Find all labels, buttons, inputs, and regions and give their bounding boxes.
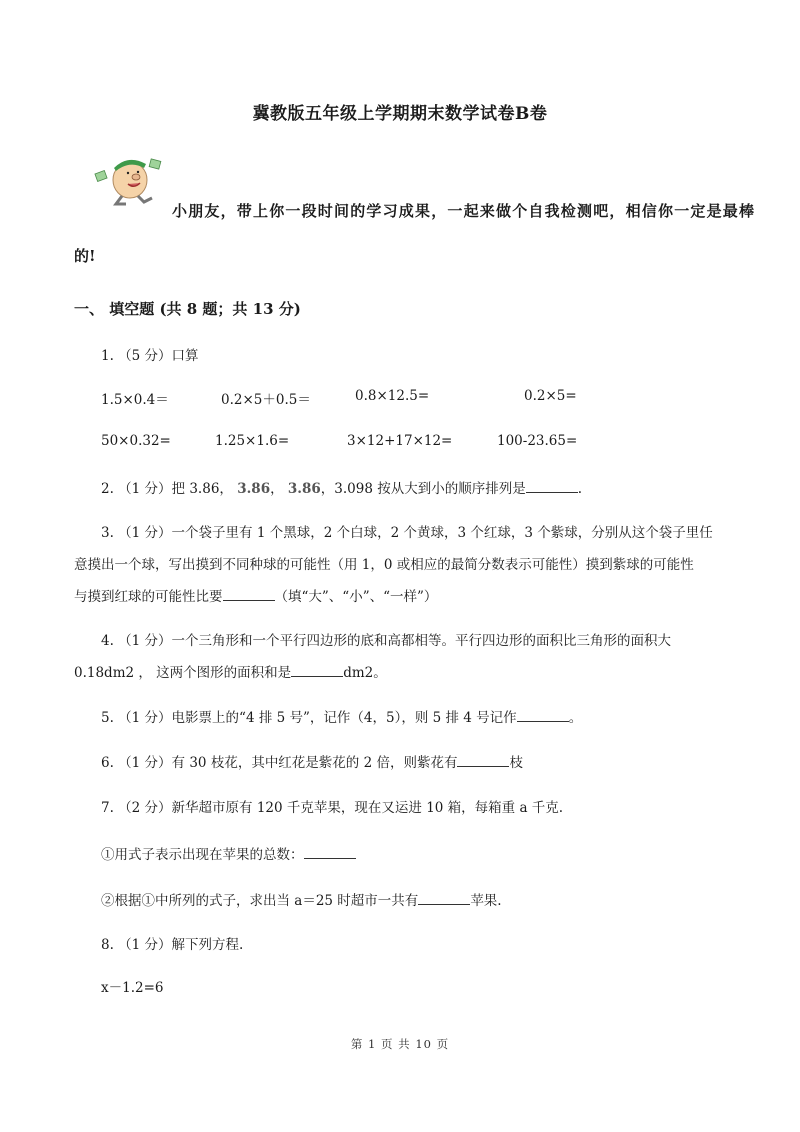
question-8-label: 8. （1 分）解下列方程. xyxy=(101,933,243,953)
repeating-decimal-b: 3.86 xyxy=(288,481,321,497)
question-7-sub2: ②根据①中所列的式子，求出当 a＝25 时超市一共有苹果. xyxy=(101,889,502,909)
question-5-suffix: 。 xyxy=(569,710,583,726)
calc-1-3: 0.8×12.5= xyxy=(355,388,429,404)
repeating-decimal-a: 3.86 xyxy=(237,481,270,497)
calc-2-1: 50×0.32= xyxy=(101,433,171,449)
question-3-line3-suffix: （填“大”、“小”、“一样”） xyxy=(275,589,438,605)
question-2-suffix: . xyxy=(578,481,582,497)
question-7-line1: 7. （2 分）新华超市原有 120 千克苹果，现在又运进 10 箱，每箱重 a… xyxy=(101,796,563,816)
separator: ， xyxy=(270,481,284,497)
question-7-sub1: ①用式子表示出现在苹果的总数： xyxy=(101,843,356,863)
question-5-prefix: 5. （1 分）电影票上的“4 排 5 号”，记作（4，5），则 5 排 4 号… xyxy=(101,710,517,726)
question-7-sub2-suffix: 苹果. xyxy=(470,893,501,909)
calc-2-4: 100-23.65= xyxy=(497,433,577,449)
question-4-line1: 4. （1 分）一个三角形和一个平行四边形的底和高都相等。平行四边形的面积比三角… xyxy=(101,629,671,649)
answer-blank[interactable] xyxy=(457,754,509,767)
question-7-sub2-prefix: ②根据①中所列的式子，求出当 a＝25 时超市一共有 xyxy=(101,893,418,909)
question-4-line2: 0.18dm2 ， 这两个图形的面积和是dm2。 xyxy=(74,661,387,681)
question-4-line2-suffix: dm2。 xyxy=(343,665,387,681)
question-2-middle: ，3.098 按从大到小的顺序排列是 xyxy=(321,481,526,497)
question-6: 6. （1 分）有 30 枝花，其中红花是紫花的 2 倍，则紫花有枝 xyxy=(101,751,523,771)
calc-1-2: 0.2×5＋0.5＝ xyxy=(221,388,311,408)
intro-text-line2: 的! xyxy=(74,245,96,266)
question-1-label: 1. （5 分）口算 xyxy=(101,344,199,364)
calc-1-1: 1.5×0.4＝ xyxy=(101,388,169,408)
question-4-line2-prefix: 0.18dm2 ， 这两个图形的面积和是 xyxy=(74,665,291,681)
question-3-line1: 3. （1 分）一个袋子里有 1 个黑球，2 个白球，2 个黄球，3 个红球，3… xyxy=(101,521,713,541)
question-3-line3-prefix: 与摸到红球的可能性比要 xyxy=(74,589,223,605)
question-7-sub1-prefix: ①用式子表示出现在苹果的总数： xyxy=(101,847,304,863)
answer-blank[interactable] xyxy=(517,709,569,722)
answer-blank[interactable] xyxy=(526,480,578,493)
section-heading-fill-in-blanks: 一、 填空题 (共 8 题；共 13 分) xyxy=(74,298,301,319)
question-6-prefix: 6. （1 分）有 30 枝花，其中红花是紫花的 2 倍，则紫花有 xyxy=(101,755,457,771)
question-2: 2. （1 分）把 3.86， 3.86， 3.86，3.098 按从大到小的顺… xyxy=(101,477,582,497)
answer-blank[interactable] xyxy=(418,892,470,905)
answer-blank[interactable] xyxy=(291,664,343,677)
question-6-suffix: 枝 xyxy=(509,755,523,771)
question-2-prefix: 2. （1 分）把 3.86， xyxy=(101,481,233,497)
answer-blank[interactable] xyxy=(223,588,275,601)
question-5: 5. （1 分）电影票上的“4 排 5 号”，记作（4，5），则 5 排 4 号… xyxy=(101,706,582,726)
cartoon-boy-mascot-icon xyxy=(88,146,172,208)
calc-2-2: 1.25×1.6= xyxy=(215,433,289,449)
question-3-line3: 与摸到红球的可能性比要（填“大”、“小”、“一样”） xyxy=(74,585,437,605)
intro-text-line1: 小朋友，带上你一段时间的学习成果，一起来做个自我检测吧，相信你一定是最棒 xyxy=(172,200,755,221)
answer-blank[interactable] xyxy=(304,846,356,859)
question-8-equation: x－1.2=6 xyxy=(101,976,163,996)
calc-2-3: 3×12+17×12= xyxy=(347,433,452,449)
question-3-line2: 意摸出一个球，写出摸到不同种球的可能性（用 1，0 或相应的最简分数表示可能性）… xyxy=(74,553,694,573)
calc-1-4: 0.2×5= xyxy=(524,388,577,404)
page-footer: 第 1 页 共 10 页 xyxy=(0,1036,800,1052)
document-title: 冀教版五年级上学期期末数学试卷B卷 xyxy=(0,99,800,124)
